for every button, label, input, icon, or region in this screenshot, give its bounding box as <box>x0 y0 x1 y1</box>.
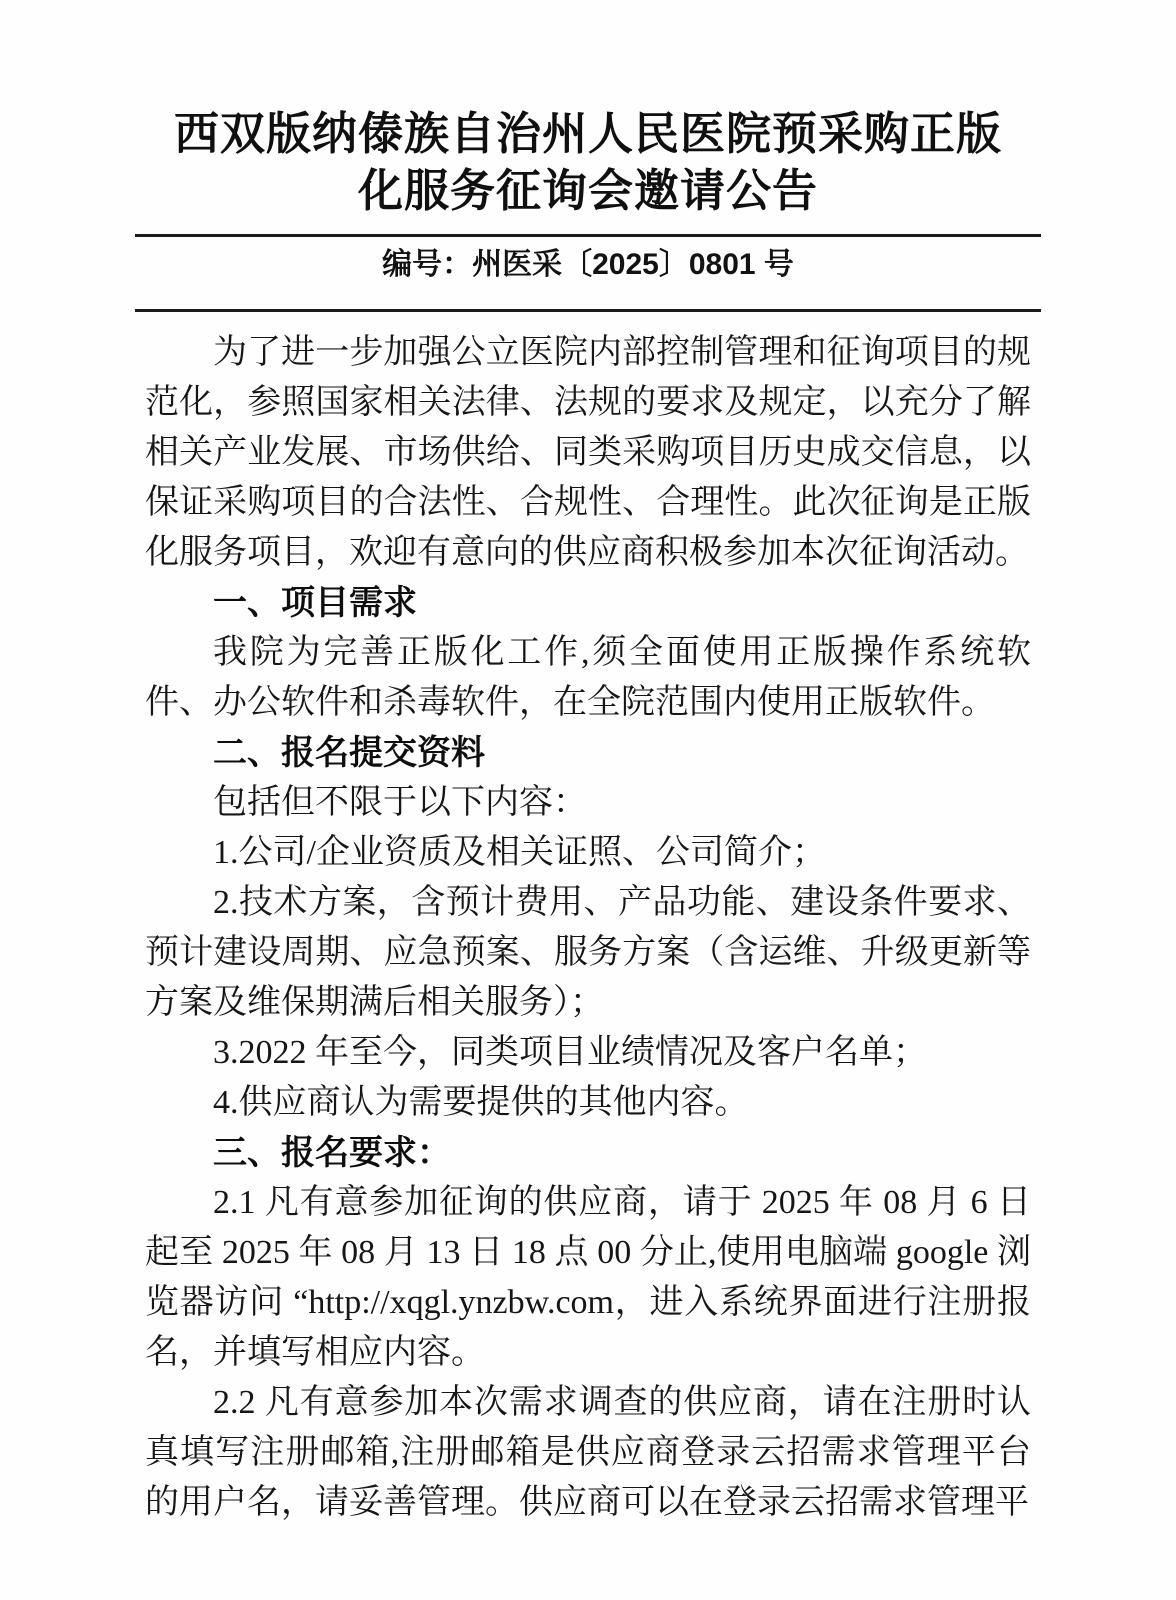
paragraph-requirement-2-1: 2.1 凡有意参加征询的供应商，请于 2025 年 08 月 6 日起至 202… <box>145 1178 1031 1378</box>
document-title-line-1: 西双版纳傣族自治州人民医院预采购正版 <box>138 106 1038 163</box>
paragraph-requirement-2-2: 2.2 凡有意参加本次需求调查的供应商，请在注册时认真填写注册邮箱,注册邮箱是供… <box>145 1378 1031 1528</box>
document-body: 为了进一步加强公立医院内部控制管理和征询项目的规范化，参照国家相关法律、法规的要… <box>145 328 1031 1528</box>
document-page: 西双版纳傣族自治州人民医院预采购正版 化服务征询会邀请公告 编号：州医采〔202… <box>0 0 1176 1600</box>
paragraph-project-requirements: 我院为完善正版化工作,须全面使用正版操作系统软件、办公软件和杀毒软件，在全院范围… <box>145 628 1031 728</box>
section-heading-2: 二、报名提交资料 <box>145 728 1031 778</box>
paragraph-materials-item-4: 4.供应商认为需要提供的其他内容。 <box>145 1078 1031 1128</box>
paragraph-intro: 为了进一步加强公立医院内部控制管理和征询项目的规范化，参照国家相关法律、法规的要… <box>145 328 1031 578</box>
paragraph-materials-item-2: 2.技术方案，含预计费用、产品功能、建设条件要求、预计建设周期、应急预案、服务方… <box>145 878 1031 1028</box>
section-heading-3: 三、报名要求： <box>145 1128 1031 1178</box>
section-heading-1: 一、项目需求 <box>145 578 1031 628</box>
doc-number-section: 编号：州医采〔2025〕0801 号 <box>135 234 1041 312</box>
document-title: 西双版纳傣族自治州人民医院预采购正版 化服务征询会邀请公告 <box>138 106 1038 220</box>
document-title-line-2: 化服务征询会邀请公告 <box>138 163 1038 220</box>
paragraph-materials-item-3: 3.2022 年至今，同类项目业绩情况及客户名单； <box>145 1028 1031 1078</box>
paragraph-materials-intro: 包括但不限于以下内容： <box>145 778 1031 828</box>
doc-number: 编号：州医采〔2025〕0801 号 <box>135 247 1041 283</box>
paragraph-materials-item-1: 1.公司/企业资质及相关证照、公司简介； <box>145 828 1031 878</box>
